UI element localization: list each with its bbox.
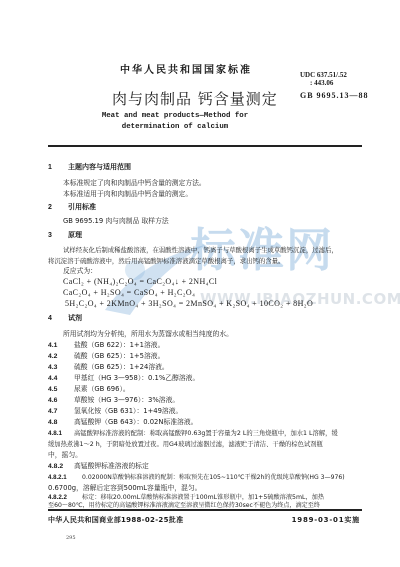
section-1-line-2: 本标准适用于肉和肉制品中钙含量的测定。: [63, 190, 192, 199]
udc-code: UDC 637.51/.52 : 443.06: [300, 71, 347, 87]
gb-standard-code: GB 9695.13—88: [300, 91, 369, 100]
section-4-intro: 所用试剂均为分析纯，所用水为蒸馏水或相当纯度的水。: [63, 330, 233, 339]
subsection-4-8-2-1: 4.8.2.10.02000N草酸钠标准溶液的配制：称取预先在105~110℃干…: [48, 473, 345, 482]
document-title-en: Meat and meat products—Method for determ…: [100, 111, 250, 133]
section-2-line-1: GB 9695.19 肉与肉制品 取样方法: [63, 217, 169, 226]
reagent-item: 4.1盐酸（GB 622）：1+1溶液。: [48, 341, 164, 350]
udc-line-1: UDC 637.51/.52: [300, 71, 347, 79]
section-3-line-1: 试样经灰化后制成稀盐酸溶液，在弱酸性溶液中，钙离子与草酸根离子生成草酸钙沉淀，过…: [63, 246, 338, 255]
national-standard-label: 中华人民共和国国家标准: [120, 61, 252, 76]
subsection-4-8-1-line-3: 中，摇匀。: [48, 451, 82, 460]
formula-3: 5H₂C₂O₄ + 2KMnO₄ + 3H₂SO₄ = 2MnSO₄ + K₂S…: [65, 299, 313, 308]
section-4-heading: 4试剂: [48, 314, 82, 323]
title-en-line-1: Meat and meat products—Method for: [100, 111, 250, 122]
page-number: 295: [66, 535, 76, 541]
section-3-line-3: 反应式为：: [63, 267, 97, 276]
title-en-line-2: determination of calcium: [100, 122, 250, 133]
subsection-4-8-1-line-2: 缓加热煮沸1～2 h，于阴暗处放置过夜。用G4玻璃过滤器过滤，滤液贮于清洁、干燥…: [48, 440, 323, 449]
subsection-4-8-2: 4.8.2高锰酸钾标准溶液的标定: [48, 462, 149, 471]
reagent-item: 4.7氢氧化铵（GB 631）：1+49溶液。: [48, 407, 182, 416]
formula-1: CaCl₂ + (NH₄)₂C₂O₄ = CaC₂O₄↓ + 2NH₄Cl: [63, 277, 217, 286]
udc-line-2: : 443.06: [300, 79, 347, 87]
document-page: 标准网 WWW.IBIAOZHUN.COM 中华人民共和国国家标准 UDC 63…: [0, 0, 400, 567]
subsection-4-8-2-1-line-2: 0.6700g，溶解后定容到500mL容量瓶中，混匀。: [48, 484, 201, 493]
section-2-heading: 2引用标准: [48, 203, 96, 212]
section-3-line-2: 将沉淀溶于硫酸溶液中，然后用高锰酸钾标准溶液滴定草酸根离子，求出钙的含量。: [48, 257, 284, 266]
section-1-line-1: 本标准规定了肉和肉制品中钙含量的测定方法。: [63, 179, 206, 188]
section-3-heading: 3原理: [48, 231, 82, 240]
reagent-item: 4.4甲基红（HG 3—958）：0.1%乙醇溶液。: [48, 374, 199, 383]
section-1-heading: 1主题内容与适用范围: [48, 163, 131, 172]
formula-2: CaC₂O₄ + H₂SO₄ = CaSO₄ + H₂C₂O₄: [63, 288, 195, 297]
reagent-item: 4.6草酸铵（HG 3—976）：3%溶液。: [48, 396, 179, 405]
subsection-4-8-1: 4.8.1高锰酸钾标准溶液的配制：称取高锰酸钾0.63g置于容量为2 L的三角烧…: [48, 429, 338, 438]
effective-date: 1989-03-01实施: [292, 515, 360, 525]
approval-date: 中华人民共和国商业部1988-02-25批准: [48, 515, 183, 525]
reagent-item: 4.3硫酸（GB 625）：1+24溶液。: [48, 363, 169, 372]
reagent-item: 4.2硫酸（GB 625）：1+5溶液。: [48, 352, 164, 361]
header-divider: [48, 145, 362, 147]
footer-divider: [48, 509, 362, 511]
reagent-item: 4.8高锰酸钾（GB 643）：0.02N标准溶液。: [48, 418, 197, 427]
reagent-item: 4.5尿素（GB 696）。: [48, 385, 130, 394]
document-title-cn: 肉与肉制品 钙含量测定: [112, 88, 278, 109]
